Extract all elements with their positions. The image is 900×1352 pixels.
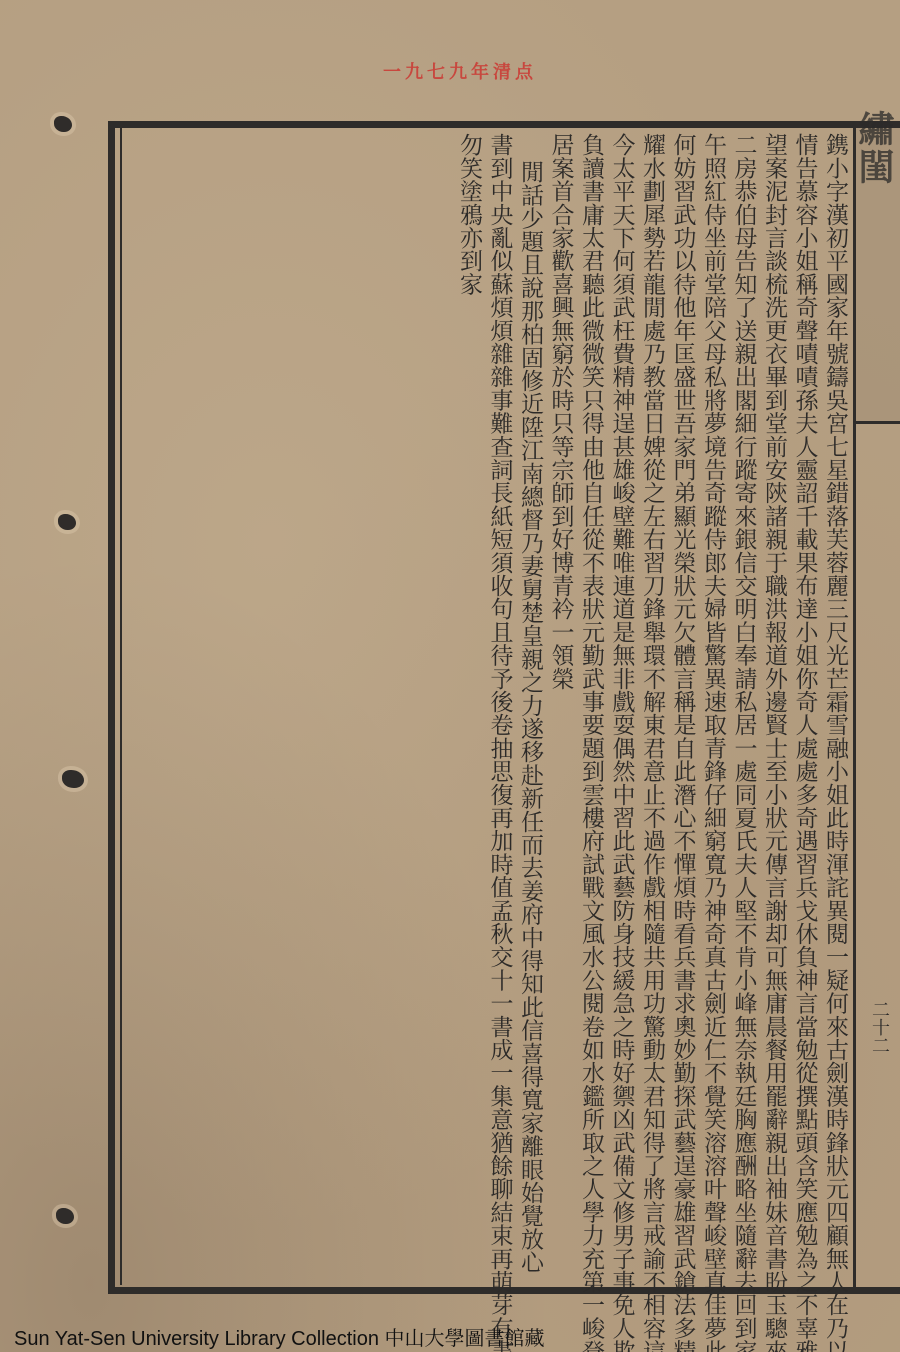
binding-hole-2 — [58, 514, 76, 530]
text-column: 何妨習武功以待他年匡盛世吾家門弟顯光榮狀元欠體言稱是自此潛心不憚煩時看兵書求奧妙… — [667, 133, 698, 1293]
text-column: 書到中央亂似蘇煩煩雜雜事難查詞長紙短須收句且待予後卷抽思復再加時值孟秋交十一書成… — [484, 133, 515, 1293]
binding-hole-1 — [54, 116, 72, 132]
text-column: 午照紅侍坐前堂陪父母私將夢境告奇蹤侍郎夫婦皆驚異速取青鋒仔細窮寬乃神奇真古劍近仁… — [698, 133, 729, 1293]
binding-hole-4 — [56, 1208, 74, 1224]
book-title-fragment: 繡閨 — [862, 110, 900, 186]
red-inventory-stamp: 一九七九年清点 — [383, 58, 537, 84]
vertical-text-body: 鎸小字漢初平國家年號鑄吳宮七星錯落芙蓉麗三尺光芒霜雪融小姐此時渾詫異閱一疑何來古… — [454, 133, 851, 1293]
text-column-indented: 閒話少題且說那柏固修近陞江南總督乃妻舅楚皇親之力遂移赴新任而去姜府中得知此信喜得… — [515, 133, 546, 1293]
text-column: 二房恭伯母告知了送親出閣細行蹤寄來銀信交明白奉請私居一處同夏氏夫人堅不肯小峰無奈… — [728, 133, 759, 1293]
scanned-book-page: 一九七九年清点 繡閨 二十二 鎸小字漢初平國家年號鑄吳宮七星錯落芙蓉麗三尺光芒霜… — [0, 0, 900, 1352]
page-number: 二十二 — [866, 1000, 892, 1054]
text-column: 耀水劃犀勢若龍閒處乃教當日婢從之左右習刀鋒舉環不解東君意止不過作戲相隨共用功驚動… — [637, 133, 668, 1293]
text-column: 望案泥封言談梳洗更衣畢到堂前安陝諸親于職洪報道外邊賢士至小狀元傳言謝却可無庸晨餐… — [759, 133, 790, 1293]
text-column: 居案首合家歡喜興無窮於時只等宗師到好博青衿一領榮 — [545, 133, 576, 1293]
text-column: 鎸小字漢初平國家年號鑄吳宮七星錯落芙蓉麗三尺光芒霜雪融小姐此時渾詫異閱一疑何來古… — [820, 133, 851, 1293]
binding-hole-3 — [62, 770, 84, 788]
text-column: 今太平天下何須武枉費精神逞甚雄峻壁難唯連道是無非戲耍偶然中習此武藝防身技緩急之時… — [606, 133, 637, 1293]
library-collection-caption: Sun Yat-Sen University Library Collectio… — [14, 1322, 545, 1351]
text-column: 情告慕容小姐稱奇聲嘖嘖孫夫人靈詔千載果布達小姐你奇人處處多奇遇習兵戈休負神言當勉… — [789, 133, 820, 1293]
text-column: 勿笑塗鴉亦到家 — [454, 133, 485, 1293]
text-column: 負讀書庸太君聽此微微笑只得由他自任從不表狀元勤武事要題到雲樓府試戰文風水公閱卷如… — [576, 133, 607, 1293]
